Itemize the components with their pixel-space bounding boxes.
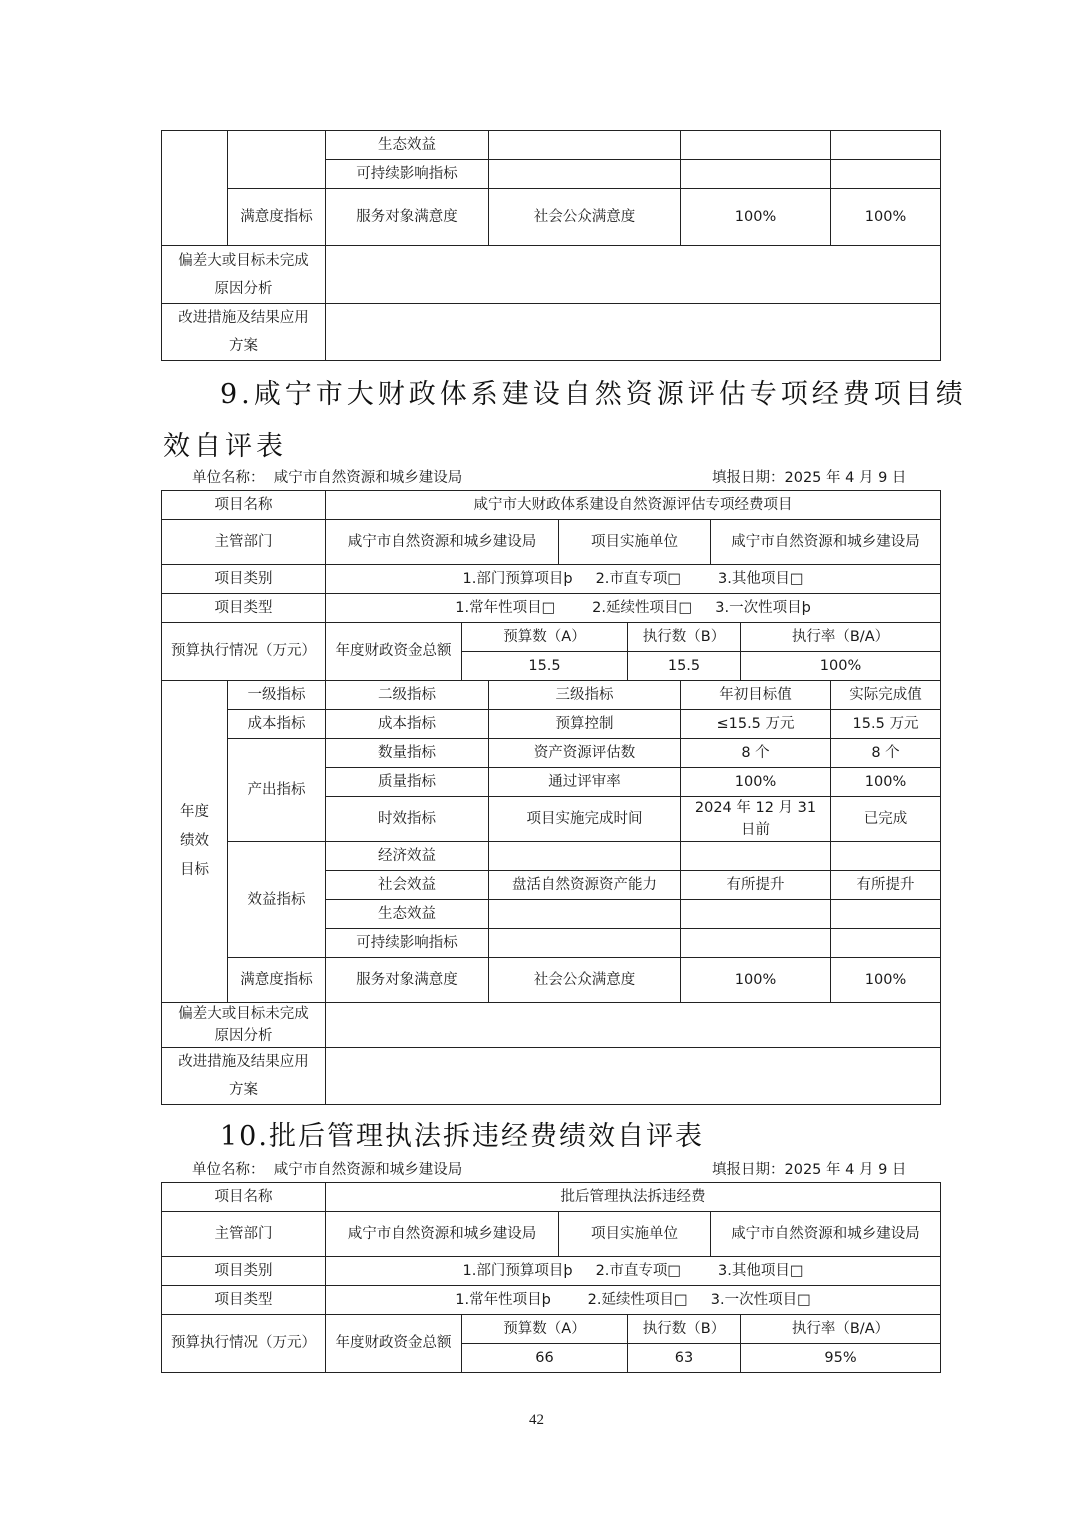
type-options: 1.常年性项目þ 2.延续性项目□ 3.一次性项目□ [326,1286,941,1315]
category-option-1: 1.部门预算项目þ [462,1263,572,1279]
project-name-label: 项目名称 [162,491,326,520]
target-cell: 100% [681,189,831,246]
budget-header-b: 执行数（B） [628,1315,741,1344]
dept-value: 咸宁市自然资源和城乡建设局 [326,1212,559,1257]
cost-target: ≤15.5 万元 [681,710,831,739]
section10-budget-table: 预算执行情况（万元） 年度财政资金总额 预算数（A） 执行数（B） 执行率（B/… [161,1314,941,1373]
level2-cell: 服务对象满意度 [326,189,489,246]
date-label: 填报日期： [712,1162,785,1178]
page-number: 42 [529,1412,544,1429]
project-name-value: 批后管理执法拆违经费 [326,1183,941,1212]
level3-cell: 社会公众满意度 [489,189,681,246]
budget-header-rate: 执行率（B/A） [741,1315,941,1344]
category-option-1: 1.部门预算项目þ [462,571,572,587]
impl-value: 咸宁市自然资源和城乡建设局 [711,1212,941,1257]
budget-value-rate: 100% [741,652,941,681]
date-label: 填报日期： [712,470,785,486]
budget-value-a: 66 [462,1344,628,1373]
actual-cell [831,842,941,871]
target-cell [681,131,831,160]
budget-value-rate: 95% [741,1344,941,1373]
date-value: 2025 年 4 月 9 日 [785,470,907,486]
actual-cell [831,131,941,160]
level2-cell: 经济效益 [326,842,489,871]
budget-header-b: 执行数（B） [628,623,741,652]
type-option-2: 2.延续性项目□ [588,1292,688,1308]
target-cell: 100% [681,958,831,1003]
header-level1: 一级指标 [228,681,326,710]
target-cell [681,900,831,929]
actual-cell: 已完成 [831,797,941,842]
unit-label: 单位名称： [192,1162,265,1178]
category-option-2: 2.市直专项□ [596,1263,682,1279]
section9-title-line1: 9.咸宁市大财政体系建设自然资源评估专项经费项目绩 [220,372,967,411]
goal-label-cell [162,131,228,246]
type-option-3: 3.一次性项目þ [715,600,811,616]
section9-indicator-table: 年度绩效目标 一级指标 二级指标 三级指标 年初目标值 实际完成值 成本指标 成… [161,680,941,1105]
actual-cell: 有所提升 [831,871,941,900]
target-cell [681,160,831,189]
target-cell: 100% [681,768,831,797]
level2-cell: 质量指标 [326,768,489,797]
dept-label: 主管部门 [162,1212,326,1257]
level3-cell [489,900,681,929]
type-option-1: 1.常年性项目□ [455,600,555,616]
budget-label: 预算执行情况（万元） [162,1315,326,1373]
target-cell: 有所提升 [681,871,831,900]
satisfaction-label: 满意度指标 [228,958,326,1003]
budget-value-b: 63 [628,1344,741,1373]
type-option-2: 2.延续性项目□ [592,600,692,616]
header-level3: 三级指标 [489,681,681,710]
actual-cell: 8 个 [831,739,941,768]
improvement-value [326,1048,941,1105]
project-name-label: 项目名称 [162,1183,326,1212]
budget-total-label: 年度财政资金总额 [326,623,462,681]
deviation-label: 偏差大或目标未完成原因分析 [162,246,326,304]
category-label: 项目类别 [162,1257,326,1286]
level3-cell: 社会公众满意度 [489,958,681,1003]
dept-label: 主管部门 [162,520,326,565]
level3-cell: 项目实施完成时间 [489,797,681,842]
level3-cell: 通过评审率 [489,768,681,797]
budget-header-a: 预算数（A） [462,1315,628,1344]
section10-unit: 单位名称： 咸宁市自然资源和城乡建设局 [192,1158,462,1179]
improvement-label: 改进措施及结果应用方案 [162,304,326,361]
impl-value: 咸宁市自然资源和城乡建设局 [711,520,941,565]
benefit-label: 效益指标 [228,842,326,958]
budget-value-a: 15.5 [462,652,628,681]
header-target: 年初目标值 [681,681,831,710]
cost-level3: 预算控制 [489,710,681,739]
level2-cell: 时效指标 [326,797,489,842]
impl-label: 项目实施单位 [559,1212,711,1257]
level3-cell: 资产资源评估数 [489,739,681,768]
section10-title: 10.批后管理执法拆违经费绩效自评表 [220,1114,704,1153]
level3-cell: 盘活自然资源资产能力 [489,871,681,900]
budget-value-b: 15.5 [628,652,741,681]
project-name-value: 咸宁市大财政体系建设自然资源评估专项经费项目 [326,491,941,520]
improvement-label: 改进措施及结果应用方案 [162,1048,326,1105]
category-option-2: 2.市直专项□ [596,571,682,587]
header-level2: 二级指标 [326,681,489,710]
target-cell: 2024 年 12 月 31 日前 [681,797,831,842]
actual-cell [831,160,941,189]
section9-info-table: 项目名称 咸宁市大财政体系建设自然资源评估专项经费项目 主管部门 咸宁市自然资源… [161,490,941,623]
type-option-3: 3.一次性项目□ [711,1292,811,1308]
cost-level1: 成本指标 [228,710,326,739]
actual-cell: 100% [831,189,941,246]
actual-cell: 100% [831,768,941,797]
cost-level2: 成本指标 [326,710,489,739]
output-label: 产出指标 [228,739,326,842]
actual-cell: 100% [831,958,941,1003]
level3-cell [489,160,681,189]
target-cell [681,842,831,871]
level3-cell [489,929,681,958]
goal-label: 年度绩效目标 [162,681,228,1003]
actual-cell [831,929,941,958]
continued-indicator-table: 生态效益 可持续影响指标 满意度指标 服务对象满意度 社会公众满意度 100% … [161,130,941,361]
impl-label: 项目实施单位 [559,520,711,565]
target-cell: 8 个 [681,739,831,768]
type-label: 项目类型 [162,594,326,623]
type-label: 项目类型 [162,1286,326,1315]
unit-value: 咸宁市自然资源和城乡建设局 [274,1162,463,1178]
unit-label: 单位名称： [192,470,265,486]
section9-budget-table: 预算执行情况（万元） 年度财政资金总额 预算数（A） 执行数（B） 执行率（B/… [161,622,941,681]
budget-label: 预算执行情况（万元） [162,623,326,681]
cost-actual: 15.5 万元 [831,710,941,739]
deviation-value [326,1003,941,1048]
satisfaction-label: 满意度指标 [228,189,326,246]
level2-cell: 社会效益 [326,871,489,900]
category-options: 1.部门预算项目þ 2.市直专项□ 3.其他项目□ [326,565,941,594]
budget-total-label: 年度财政资金总额 [326,1315,462,1373]
category-option-3: 3.其他项目□ [718,1263,804,1279]
section9-unit: 单位名称： 咸宁市自然资源和城乡建设局 [192,466,462,487]
level3-cell [489,842,681,871]
category-label: 项目类别 [162,565,326,594]
date-value: 2025 年 4 月 9 日 [785,1162,907,1178]
unit-value: 咸宁市自然资源和城乡建设局 [274,470,463,486]
budget-header-rate: 执行率（B/A） [741,623,941,652]
section10-info-table: 项目名称 批后管理执法拆违经费 主管部门 咸宁市自然资源和城乡建设局 项目实施单… [161,1182,941,1315]
category-options: 1.部门预算项目þ 2.市直专项□ 3.其他项目□ [326,1257,941,1286]
type-options: 1.常年性项目□ 2.延续性项目□ 3.一次性项目þ [326,594,941,623]
benefit-label-cell [228,131,326,189]
actual-cell [831,900,941,929]
level2-cell: 生态效益 [326,900,489,929]
target-cell [681,929,831,958]
section9-date: 填报日期：2025 年 4 月 9 日 [712,466,906,487]
deviation-label: 偏差大或目标未完成原因分析 [162,1003,326,1048]
level2-cell: 数量指标 [326,739,489,768]
level3-cell [489,131,681,160]
improvement-value [326,304,941,361]
section9-title-line2: 效自评表 [163,424,287,463]
category-option-3: 3.其他项目□ [718,571,804,587]
dept-value: 咸宁市自然资源和城乡建设局 [326,520,559,565]
header-actual: 实际完成值 [831,681,941,710]
level2-cell: 可持续影响指标 [326,160,489,189]
level2-cell: 可持续影响指标 [326,929,489,958]
level2-cell: 服务对象满意度 [326,958,489,1003]
type-option-1: 1.常年性项目þ [455,1292,551,1308]
section10-date: 填报日期：2025 年 4 月 9 日 [712,1158,906,1179]
budget-header-a: 预算数（A） [462,623,628,652]
deviation-value [326,246,941,304]
level2-cell: 生态效益 [326,131,489,160]
